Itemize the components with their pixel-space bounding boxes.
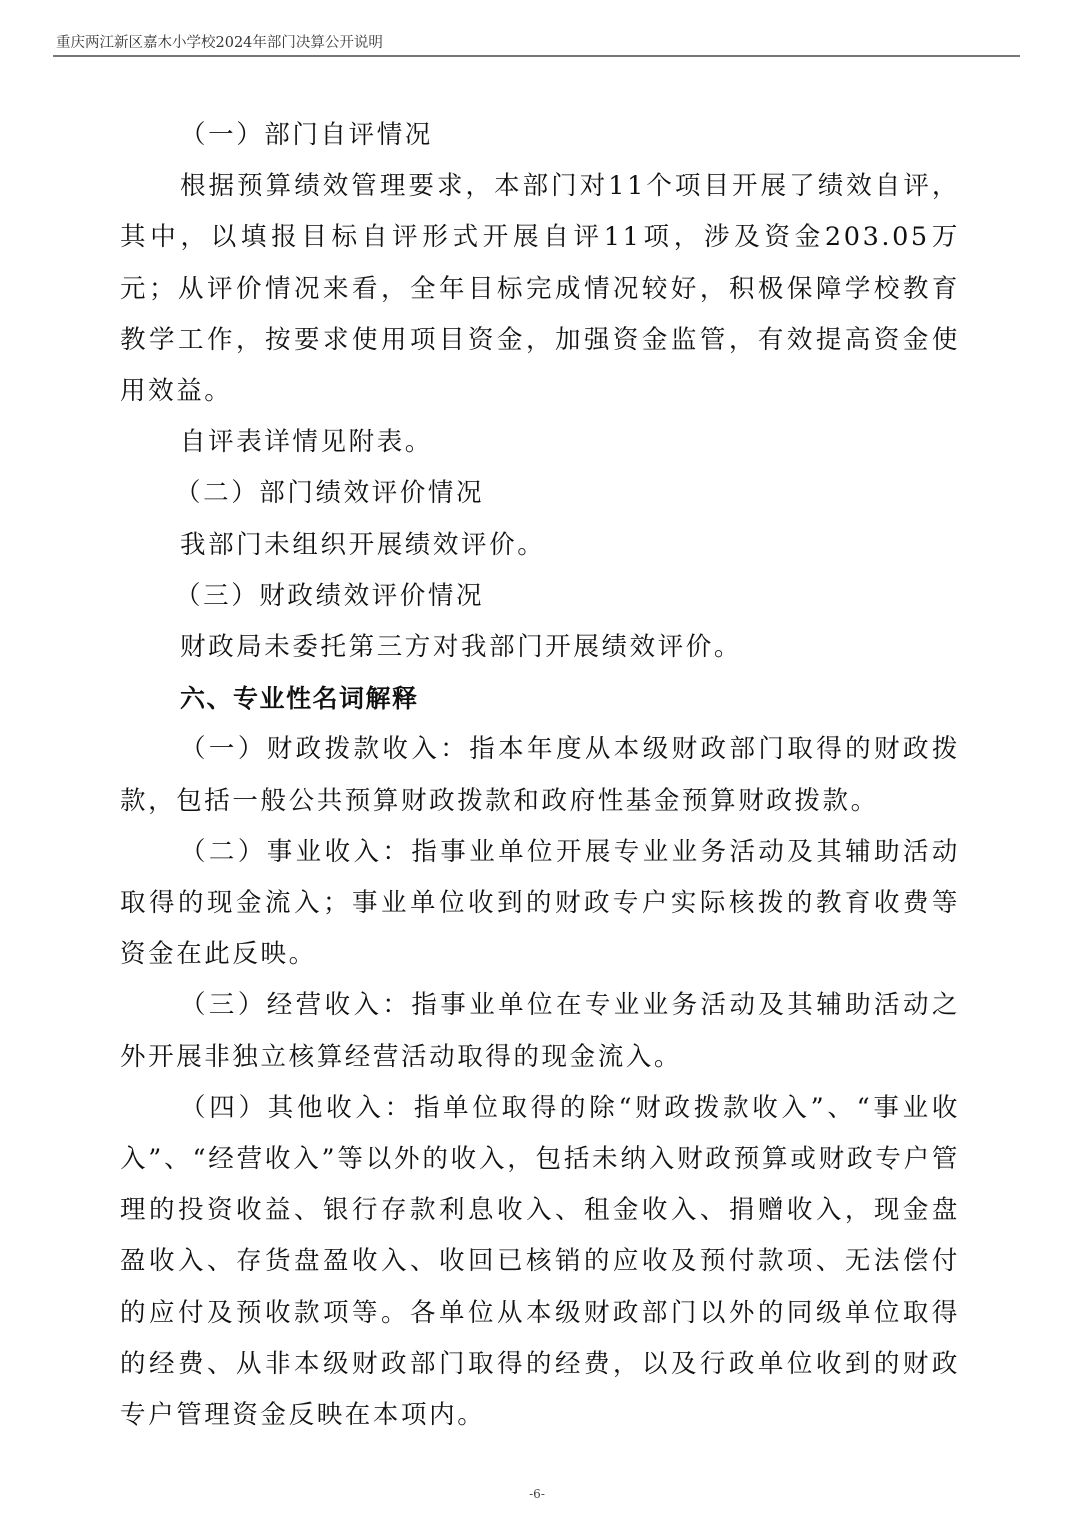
page-number: -6- xyxy=(0,1487,1074,1501)
glossary-item-business-income: （二）事业收入：指事业单位开展专业业务活动及其辅助活动取得的现金流入；事业单位收… xyxy=(120,827,960,981)
paragraph-self-evaluation: 根据预算绩效管理要求，本部门对11个项目开展了绩效自评，其中，以填报目标自评形式… xyxy=(120,161,960,417)
heading-self-evaluation: （一）部门自评情况 xyxy=(120,110,960,161)
paragraph-fin-evaluation: 财政局未委托第三方对我部门开展绩效评价。 xyxy=(120,622,960,673)
heading-dept-evaluation: （二）部门绩效评价情况 xyxy=(120,468,960,519)
document-body: （一）部门自评情况 根据预算绩效管理要求，本部门对11个项目开展了绩效自评，其中… xyxy=(120,110,960,1441)
heading-fin-evaluation: （三）财政绩效评价情况 xyxy=(120,571,960,622)
glossary-item-operating-income: （三）经营收入：指事业单位在专业业务活动及其辅助活动之外开展非独立核算经营活动取… xyxy=(120,980,960,1082)
page-header: 重庆两江新区嘉木小学校2024年部门决算公开说明 xyxy=(53,28,1020,57)
paragraph-self-evaluation-note: 自评表详情见附表。 xyxy=(120,417,960,468)
document-title: 重庆两江新区嘉木小学校2024年部门决算公开说明 xyxy=(56,31,383,52)
heading-glossary: 六、专业性名词解释 xyxy=(120,673,960,724)
glossary-item-fiscal-appropriation: （一）财政拨款收入：指本年度从本级财政部门取得的财政拨款，包括一般公共预算财政拨… xyxy=(120,724,960,826)
paragraph-dept-evaluation: 我部门未组织开展绩效评价。 xyxy=(120,520,960,571)
glossary-item-other-income: （四）其他收入：指单位取得的除“财政拨款收入”、“事业收入”、“经营收入”等以外… xyxy=(120,1083,960,1441)
